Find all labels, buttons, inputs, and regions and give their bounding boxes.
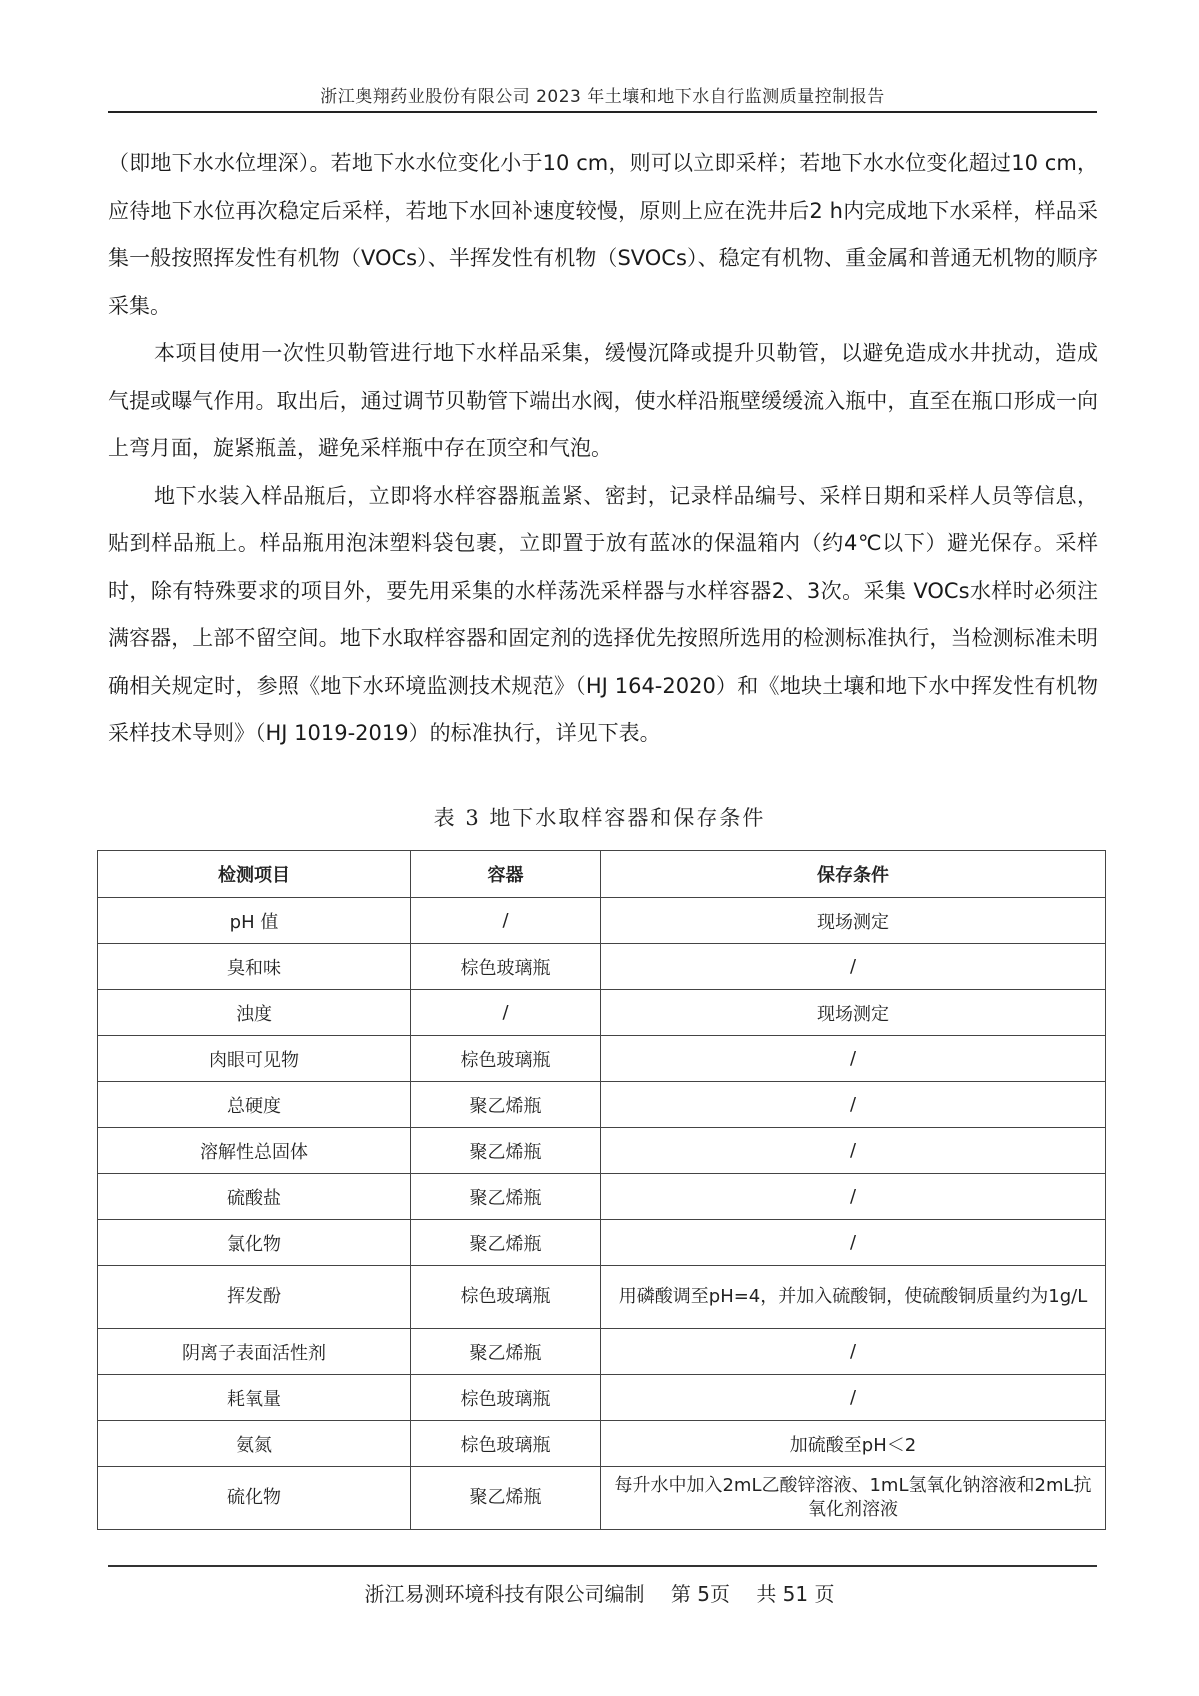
cell-item: 挥发酚 [98,1266,411,1329]
cell-preservation: 现场测定 [601,898,1106,944]
cell-preservation: 每升水中加入2mL乙酸锌溶液、1mL氢氧化钠溶液和2mL抗氧化剂溶液 [601,1467,1106,1530]
table-row: 总硬度 聚乙烯瓶 / [98,1082,1106,1128]
cell-container: 棕色玻璃瓶 [411,1375,601,1421]
table-row: 阴离子表面活性剂 聚乙烯瓶 / [98,1329,1106,1375]
paragraph-2: 本项目使用一次性贝勒管进行地下水样品采集，缓慢沉降或提升贝勒管，以避免造成水井扰… [108,330,1098,473]
cell-container: 棕色玻璃瓶 [411,1421,601,1467]
table-row: 氯化物 聚乙烯瓶 / [98,1220,1106,1266]
cell-item: 肉眼可见物 [98,1036,411,1082]
footer-rule [108,1565,1097,1567]
cell-preservation: / [601,1128,1106,1174]
paragraph-1: （即地下水水位埋深）。若地下水水位变化小于10 cm，则可以立即采样；若地下水水… [108,140,1098,330]
cell-item: 氯化物 [98,1220,411,1266]
header-preservation: 保存条件 [601,851,1106,898]
cell-container: 聚乙烯瓶 [411,1220,601,1266]
page-footer: 浙江易测环境科技有限公司编制 第 5页 共 51 页 [0,1578,1199,1607]
cell-item: 总硬度 [98,1082,411,1128]
cell-container: / [411,898,601,944]
cell-preservation: / [601,1082,1106,1128]
cell-container: 聚乙烯瓶 [411,1467,601,1530]
cell-item: 耗氧量 [98,1375,411,1421]
table-row: 硫化物 聚乙烯瓶 每升水中加入2mL乙酸锌溶液、1mL氢氧化钠溶液和2mL抗氧化… [98,1467,1106,1530]
header-rule [108,111,1097,113]
cell-item: 浊度 [98,990,411,1036]
cell-container: 棕色玻璃瓶 [411,944,601,990]
cell-item: 氨氮 [98,1421,411,1467]
cell-item: 硫化物 [98,1467,411,1530]
paragraph-3: 地下水装入样品瓶后，立即将水样容器瓶盖紧、密封，记录样品编号、采样日期和采样人员… [108,473,1098,758]
header-container: 容器 [411,851,601,898]
cell-container: 聚乙烯瓶 [411,1128,601,1174]
table-caption: 表 3 地下水取样容器和保存条件 [0,802,1199,832]
table-row: 臭和味 棕色玻璃瓶 / [98,944,1106,990]
table-header-row: 检测项目 容器 保存条件 [98,851,1106,898]
cell-item: pH 值 [98,898,411,944]
cell-container: 聚乙烯瓶 [411,1329,601,1375]
cell-container: 聚乙烯瓶 [411,1174,601,1220]
cell-preservation: / [601,1036,1106,1082]
table-row: pH 值 / 现场测定 [98,898,1106,944]
table-row: 浊度 / 现场测定 [98,990,1106,1036]
cell-item: 硫酸盐 [98,1174,411,1220]
cell-item: 溶解性总固体 [98,1128,411,1174]
cell-preservation: 加硫酸至pH＜2 [601,1421,1106,1467]
cell-container: 棕色玻璃瓶 [411,1266,601,1329]
header-test-item: 检测项目 [98,851,411,898]
table-row: 溶解性总固体 聚乙烯瓶 / [98,1128,1106,1174]
cell-preservation: 现场测定 [601,990,1106,1036]
footer-total-pages: 共 51 页 [756,1582,834,1606]
cell-container: 聚乙烯瓶 [411,1082,601,1128]
cell-item: 臭和味 [98,944,411,990]
table-row: 氨氮 棕色玻璃瓶 加硫酸至pH＜2 [98,1421,1106,1467]
cell-preservation: / [601,1329,1106,1375]
table-row: 耗氧量 棕色玻璃瓶 / [98,1375,1106,1421]
body-text: （即地下水水位埋深）。若地下水水位变化小于10 cm，则可以立即采样；若地下水水… [108,140,1098,758]
cell-preservation: 用磷酸调至pH=4，并加入硫酸铜，使硫酸铜质量约为1g/L [601,1266,1106,1329]
cell-preservation: / [601,1174,1106,1220]
footer-compiler: 浙江易测环境科技有限公司编制 [365,1582,645,1606]
cell-preservation: / [601,944,1106,990]
cell-item: 阴离子表面活性剂 [98,1329,411,1375]
cell-container: 棕色玻璃瓶 [411,1036,601,1082]
cell-preservation: / [601,1220,1106,1266]
table-row: 肉眼可见物 棕色玻璃瓶 / [98,1036,1106,1082]
cell-container: / [411,990,601,1036]
table-row: 硫酸盐 聚乙烯瓶 / [98,1174,1106,1220]
footer-page-number: 第 5页 [671,1582,730,1606]
cell-preservation: / [601,1375,1106,1421]
page-header-title: 浙江奥翔药业股份有限公司 2023 年土壤和地下水自行监测质量控制报告 [108,82,1097,107]
table-row: 挥发酚 棕色玻璃瓶 用磷酸调至pH=4，并加入硫酸铜，使硫酸铜质量约为1g/L [98,1266,1106,1329]
sampling-container-table: 检测项目 容器 保存条件 pH 值 / 现场测定 臭和味 棕色玻璃瓶 / 浊度 … [97,850,1106,1530]
